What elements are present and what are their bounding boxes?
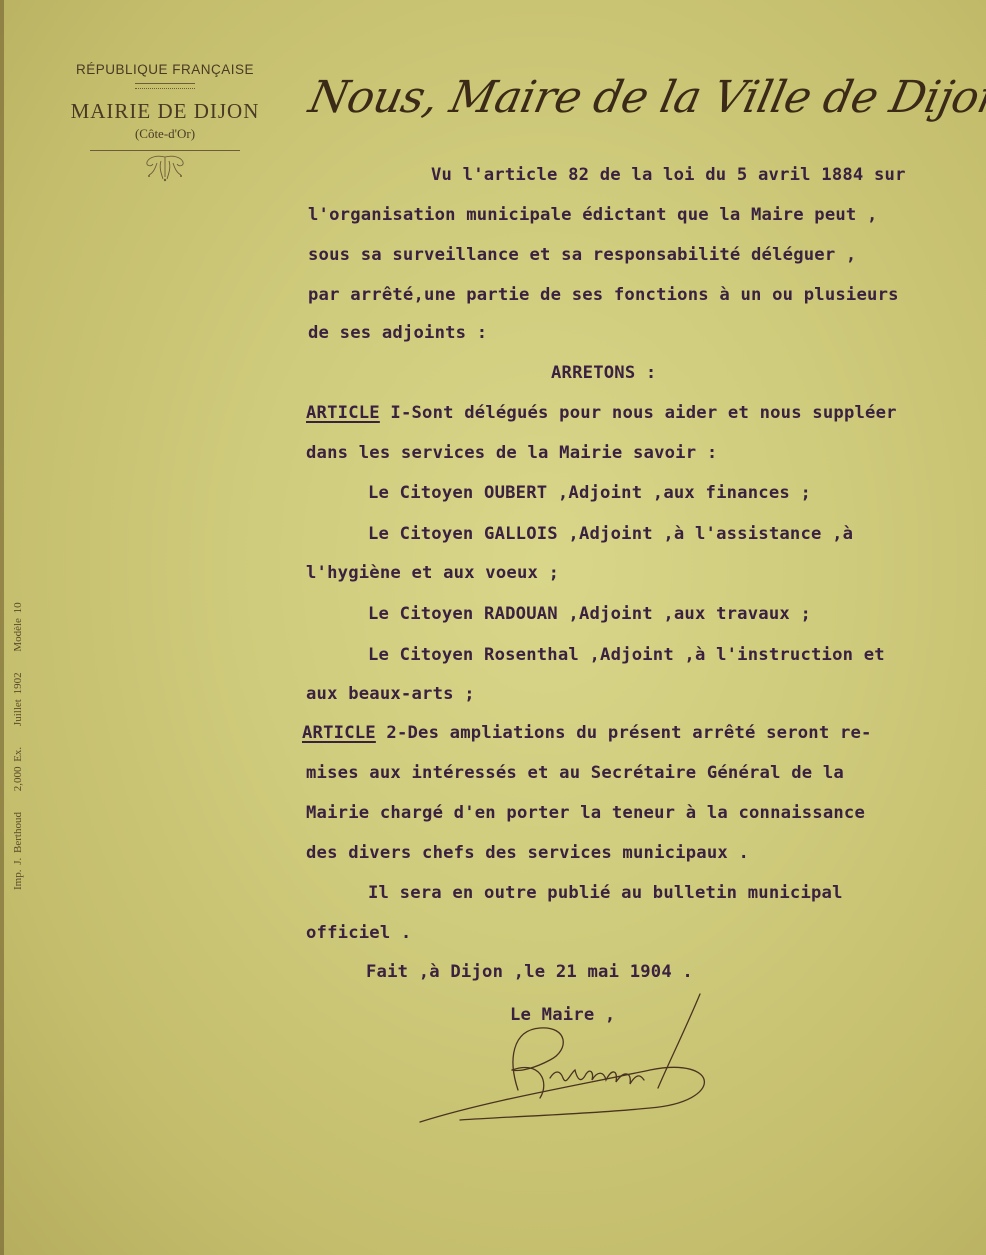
preamble-line: de ses adjoints : [308,323,487,343]
delegate-line: aux beaux-arts ; [306,684,475,704]
delegate-line: Le Citoyen OUBERT ,Adjoint ,aux finances… [368,483,811,503]
preamble-line: l'organisation municipale édictant que l… [308,205,878,225]
article-1-label: ARTICLE [306,403,380,423]
mayor-signature [400,990,740,1140]
article-2-line: mises aux intéressés et au Secrétaire Gé… [306,763,844,783]
preamble-line: sous sa surveillance et sa responsabilit… [308,245,856,265]
publication-line: officiel . [306,923,411,943]
article-2-line: des divers chefs des services municipaux… [306,843,749,863]
delegate-line: Le Citoyen Rosenthal ,Adjoint ,à l'instr… [368,645,885,665]
delegate-line: Le Citoyen GALLOIS ,Adjoint ,à l'assista… [368,524,853,544]
article-2-line: Mairie chargé d'en porter la teneur à la… [306,803,865,823]
preamble-line: par arrêté,une partie de ses fonctions à… [308,285,899,305]
arretons-heading: ARRETONS : [551,363,656,383]
article-1-line: ARTICLE I-Sont délégués pour nous aider … [306,403,897,423]
article-2-label: ARTICLE [302,723,376,743]
delegate-line: l'hygiène et aux voeux ; [306,563,559,583]
article-1-line: dans les services de la Mairie savoir : [306,443,717,463]
article-2-line: ARTICLE 2-Des ampliations du présent arr… [302,723,872,743]
delegate-line: Le Citoyen RADOUAN ,Adjoint ,aux travaux… [368,604,811,624]
preamble-line: Vu l'article 82 de la loi du 5 avril 188… [431,165,906,185]
document-page: RÉPUBLIQUE FRANÇAISE MAIRIE DE DIJON (Cô… [0,0,986,1255]
place-date: Fait ,à Dijon ,le 21 mai 1904 . [366,962,693,982]
publication-line: Il sera en outre publié au bulletin muni… [368,883,843,903]
